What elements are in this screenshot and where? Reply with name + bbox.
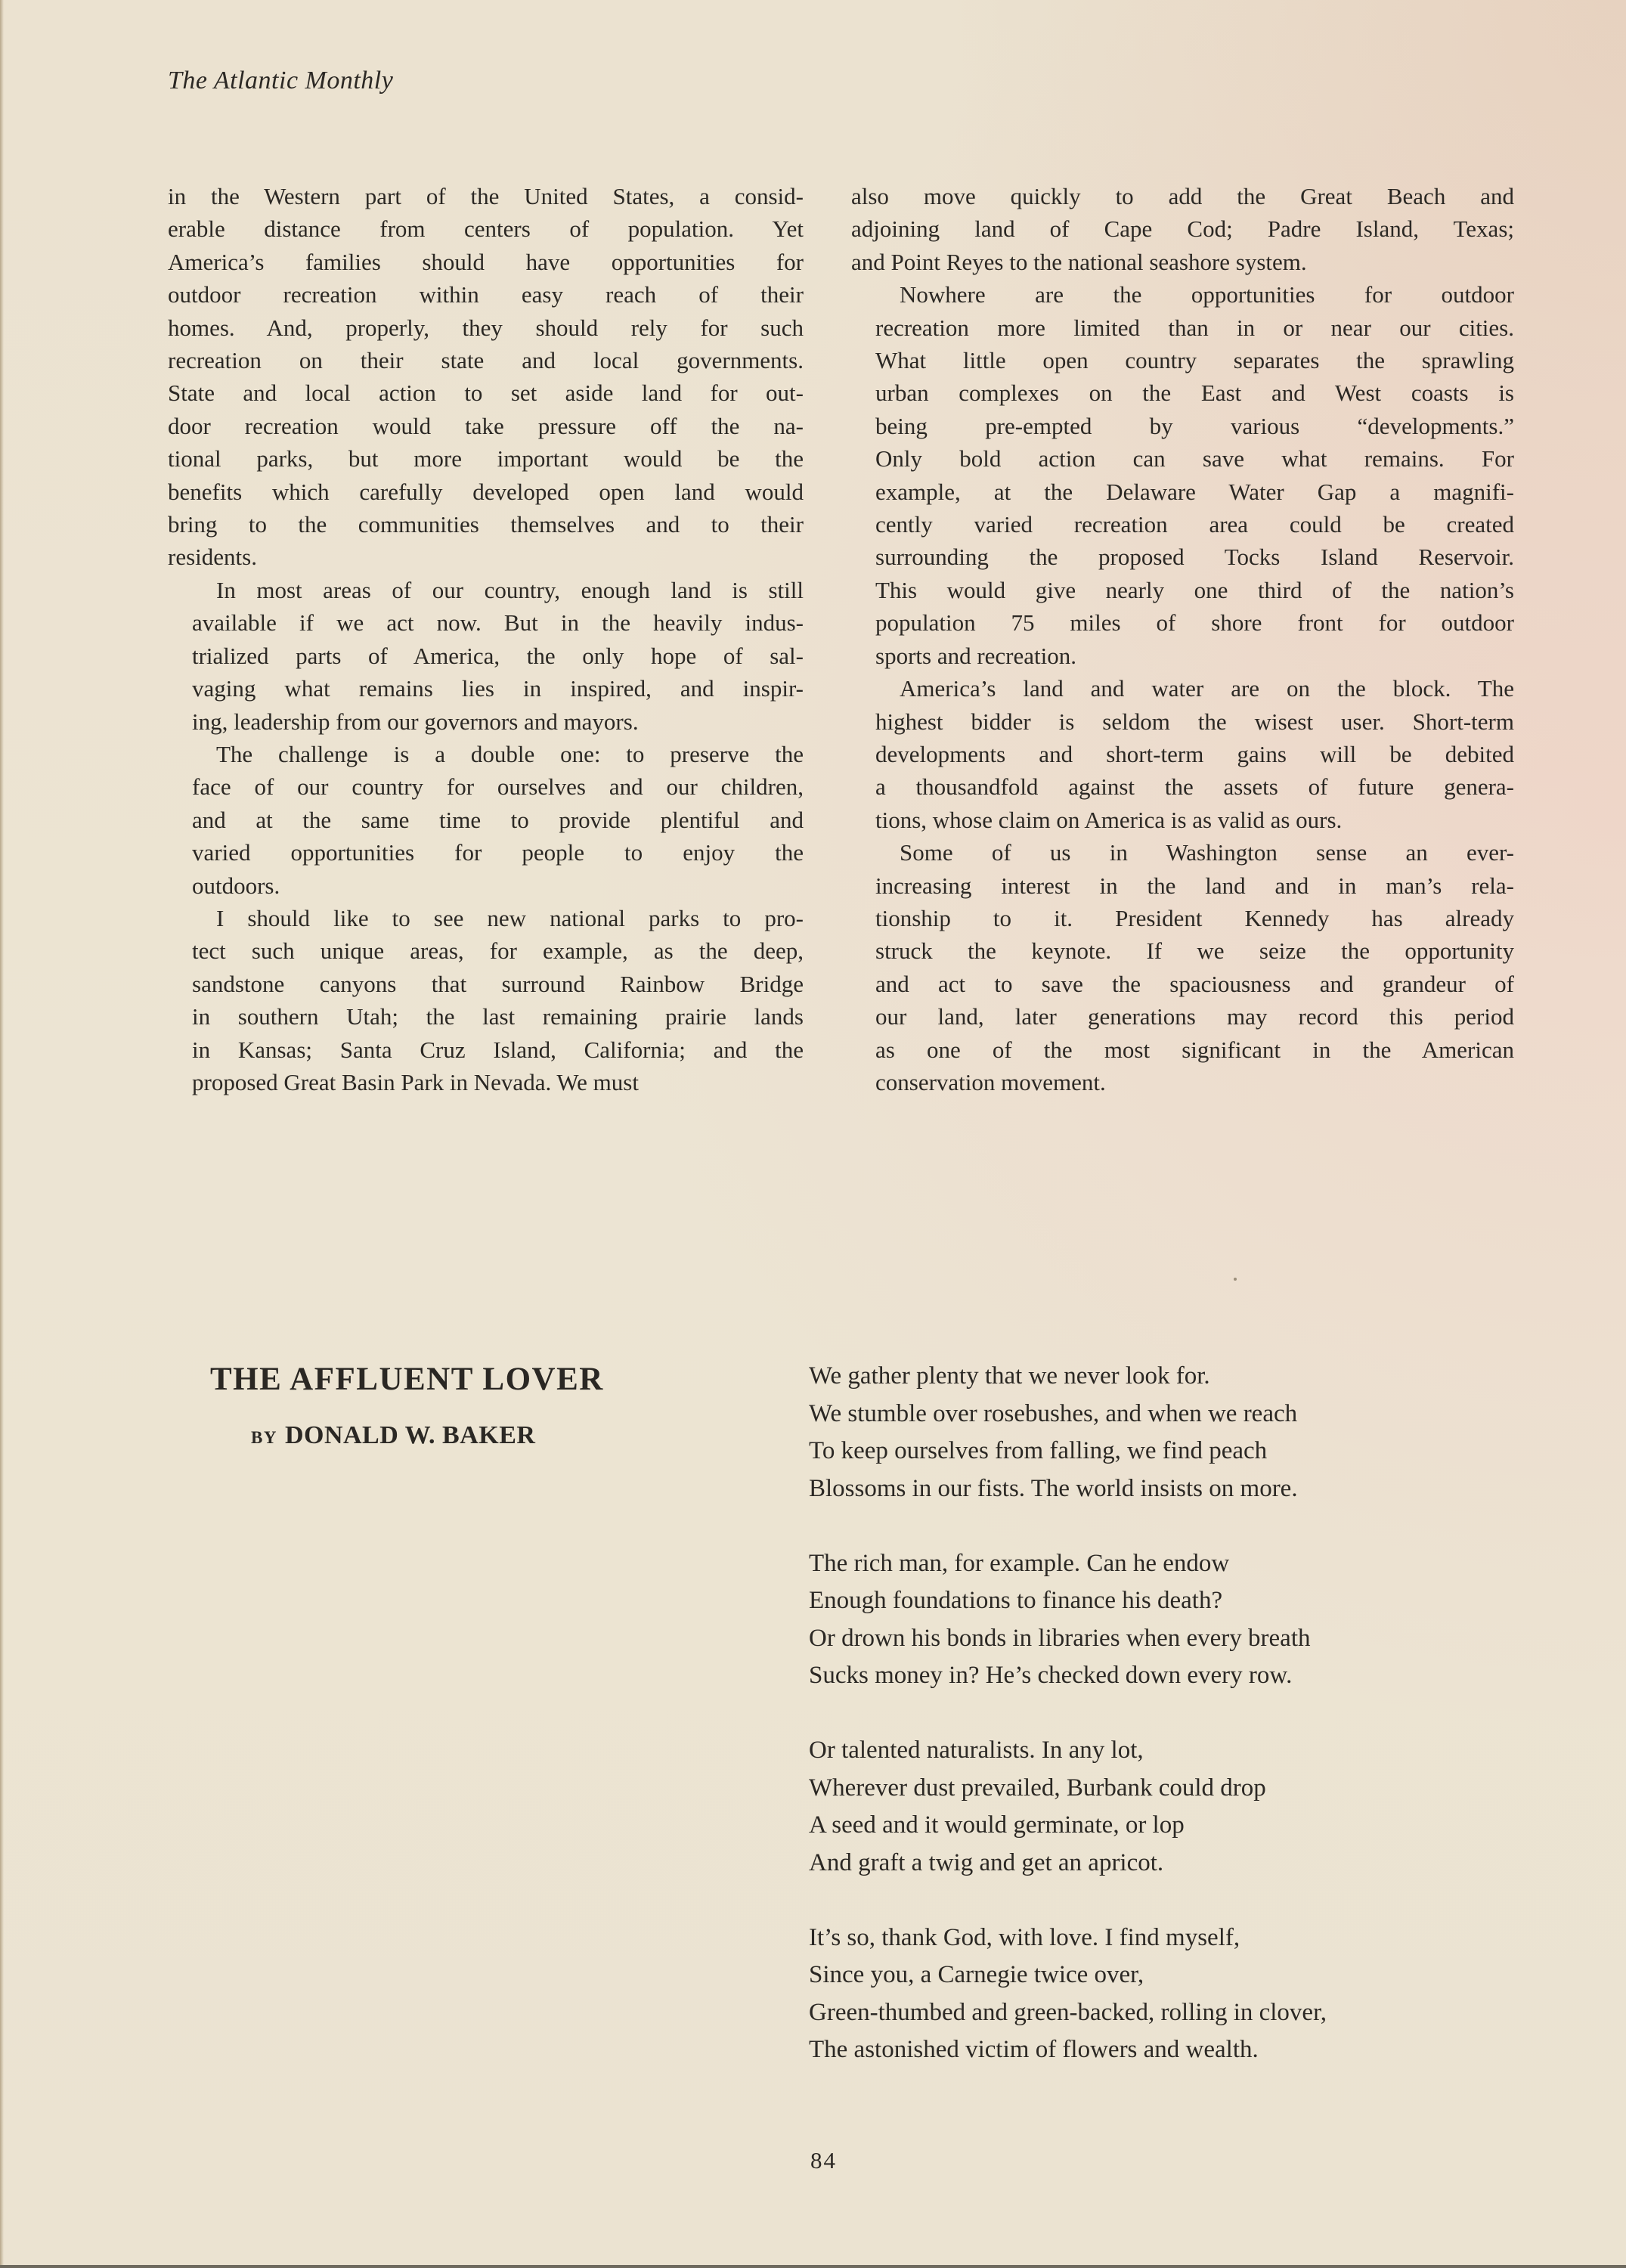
article-line: erable distance from centers of populati… [168,212,804,245]
page-bottom-edge [0,2265,1626,2268]
article-line: outdoor recreation within easy reach of … [168,278,804,311]
poem-stanza: We gather plenty that we never look for.… [809,1358,1519,1507]
article-line: tional parks, but more important would b… [168,442,804,475]
poem-line: Since you, a Carnegie twice over, [809,1957,1519,1994]
poem-line: To keep ourselves from falling, we find … [809,1433,1519,1470]
article-line: tect such unique areas, for example, as … [168,934,804,967]
article-line: The challenge is a double one: to preser… [168,738,804,770]
article-paragraph: America’s land and water are on the bloc… [851,672,1514,836]
article-line: varied opportunities for people to enjoy… [168,836,804,869]
article-line: State and local action to set aside land… [168,376,804,409]
article-line: example, at the Delaware Water Gap a mag… [851,476,1514,508]
article-left-column: in the Western part of the United States… [168,180,804,1098]
article-line: struck the keynote. If we seize the oppo… [851,934,1514,967]
article-line: Some of us in Washington sense an ever- [851,836,1514,869]
poem-line: The astonished victim of flowers and wea… [809,2031,1519,2069]
poem-line: Or drown his bonds in libraries when eve… [809,1620,1519,1658]
article-line: population 75 miles of shore front for o… [851,606,1514,639]
article-line: sandstone canyons that surround Rainbow … [168,968,804,1000]
article-line: and Point Reyes to the national seashore… [851,246,1514,278]
article-line: also move quickly to add the Great Beach… [851,180,1514,212]
poem-line: Enough foundations to finance his death? [809,1582,1519,1620]
article-line: a thousandfold against the assets of fut… [851,770,1514,803]
article-line: What little open country separates the s… [851,344,1514,376]
article-line: Nowhere are the opportunities for outdoo… [851,278,1514,311]
article-line: recreation more limited than in or near … [851,311,1514,344]
running-head: The Atlantic Monthly [168,67,393,95]
article-line: and act to save the spaciousness and gra… [851,968,1514,1000]
article-line: outdoors. [168,869,804,902]
article-paragraph: also move quickly to add the Great Beach… [851,180,1514,278]
article-line: our land, later generations may record t… [851,1000,1514,1033]
article-line: residents. [168,541,804,573]
poem-line: We gather plenty that we never look for. [809,1358,1519,1396]
article-line: tionship to it. President Kennedy has al… [851,902,1514,934]
page-left-edge [0,0,4,2268]
byline-prefix: BY [251,1428,277,1447]
article-line: highest bidder is seldom the wisest user… [851,705,1514,738]
article-line: trialized parts of America, the only hop… [168,640,804,672]
poem-line: The rich man, for example. Can he endow [809,1545,1519,1583]
article-line: In most areas of our country, enough lan… [168,574,804,606]
article-line: available if we act now. But in the heav… [168,606,804,639]
poem-author: DONALD W. BAKER [285,1421,536,1449]
poem-line: We stumble over rosebushes, and when we … [809,1396,1519,1433]
article-line: door recreation would take pressure off … [168,410,804,442]
article-line: developments and short-term gains will b… [851,738,1514,770]
article-line: adjoining land of Cape Cod; Padre Island… [851,212,1514,245]
article-line: benefits which carefully developed open … [168,476,804,508]
article-line: in southern Utah; the last remaining pra… [168,1000,804,1033]
article-line: as one of the most significant in the Am… [851,1033,1514,1066]
article-line: bring to the communities themselves and … [168,508,804,541]
article-paragraph: I should like to see new national parks … [168,902,804,1098]
poem-stanza: It’s so, thank God, with love. I find my… [809,1919,1519,2069]
article-line: proposed Great Basin Park in Nevada. We … [168,1066,804,1098]
poem-stanza: The rich man, for example. Can he endowE… [809,1545,1519,1695]
article-paragraph: Some of us in Washington sense an ever-i… [851,836,1514,1098]
page-number: 84 [810,2147,837,2174]
article-line: being pre-empted by various “development… [851,410,1514,442]
article-line: vaging what remains lies in inspired, an… [168,672,804,705]
article-line: face of our country for ourselves and ou… [168,770,804,803]
article-paragraph: Nowhere are the opportunities for outdoo… [851,278,1514,672]
article-right-column: also move quickly to add the Great Beach… [851,180,1514,1098]
article-paragraph: in the Western part of the United States… [168,180,804,574]
poem-line: Wherever dust prevailed, Burbank could d… [809,1770,1519,1808]
poem-body: We gather plenty that we never look for.… [809,1358,1519,2069]
paper-speck [1234,1278,1237,1281]
poem-line: Or talented naturalists. In any lot, [809,1732,1519,1770]
article-line: in Kansas; Santa Cruz Island, California… [168,1033,804,1066]
article-line: urban complexes on the East and West coa… [851,376,1514,409]
article-line: Only bold action can save what remains. … [851,442,1514,475]
article-line: cently varied recreation area could be c… [851,508,1514,541]
poem-title: THE AFFLUENT LOVER [210,1361,679,1398]
poem-line: A seed and it would germinate, or lop [809,1807,1519,1845]
article-line: increasing interest in the land and in m… [851,869,1514,902]
poem-line: It’s so, thank God, with love. I find my… [809,1919,1519,1957]
article-paragraph: In most areas of our country, enough lan… [168,574,804,738]
article-line: recreation on their state and local gove… [168,344,804,376]
article-line: I should like to see new national parks … [168,902,804,934]
poem-line: And graft a twig and get an apricot. [809,1845,1519,1882]
article-line: in the Western part of the United States… [168,180,804,212]
article-line: America’s families should have opportuni… [168,246,804,278]
article-line: homes. And, properly, they should rely f… [168,311,804,344]
article-line: surrounding the proposed Tocks Island Re… [851,541,1514,573]
article-line: sports and recreation. [851,640,1514,672]
article-line: conservation movement. [851,1066,1514,1098]
article-paragraph: The challenge is a double one: to preser… [168,738,804,902]
article-line: and at the same time to provide plentifu… [168,804,804,836]
poem-line: Green-thumbed and green-backed, rolling … [809,1994,1519,2032]
article-line: tions, whose claim on America is as vali… [851,804,1514,836]
poem-line: Blossoms in our fists. The world insists… [809,1470,1519,1508]
article-line: This would give nearly one third of the … [851,574,1514,606]
poem-byline: BYDONALD W. BAKER [251,1421,535,1450]
poem-stanza: Or talented naturalists. In any lot,Wher… [809,1732,1519,1882]
article-line: ing, leadership from our governors and m… [168,705,804,738]
article-line: America’s land and water are on the bloc… [851,672,1514,705]
poem-line: Sucks money in? He’s checked down every … [809,1657,1519,1695]
